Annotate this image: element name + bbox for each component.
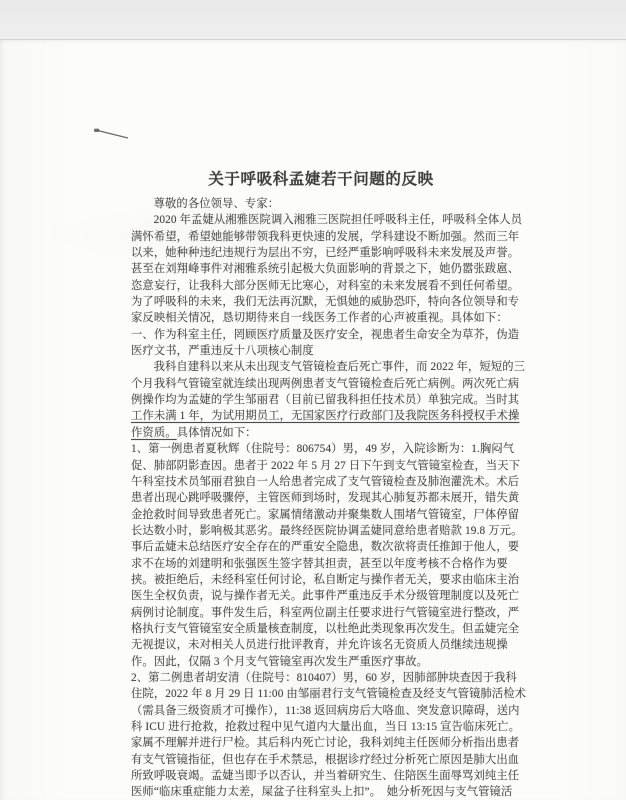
document-line: 尊敬的各位领导、专家： (131, 196, 513, 212)
document-line: 住院，2022 年 8 月 29 日 11:00 由邹丽君行支气管镜检查及经支气… (131, 686, 513, 702)
text-run: 满怀希望，希望她能够带领我科更快速的发展，学科建设不断加强。然而三年 (131, 231, 519, 243)
document-line: 医疗文书，严重违反十八项核心制度 (131, 343, 513, 359)
text-run: 家属不理解并进行尸检。其后科内死亡讨论，我科刘纯主任医师分析指出患者 (131, 737, 519, 749)
document-line: 家反映相关情况，恳切期待来自一线医务工作者的心声被重视。具体如下： (131, 310, 513, 326)
text-run: 一、作为科室主任，罔顾医疗质量及医疗安全，视患者生命安全为草芥，伪造 (131, 329, 519, 341)
document-line: 事后孟婕未总结医疗安全存在的严重安全隐患，数次欲将责任推卸于他人，要 (131, 539, 513, 555)
underlined-text-run: 工作未满 1 年，为试用期员工，无国家医疗行政部门及我院医务科授权手术操 (131, 410, 519, 422)
document-line: 病例讨论制度。事件发生后，科室两位副主任要求进行气管镜室进行整改，严 (131, 605, 513, 621)
document-line: 所致呼吸衰竭。孟婕当即予以否认，并当着研究生、住陪医生面辱骂刘纯主任 (131, 768, 513, 784)
text-run: 我科自建科以来从未出现支气管镜检查后死亡事件，而 2022 年，短短的三 (154, 361, 525, 373)
text-run: 病例讨论制度。事件发生后，科室两位副主任要求进行气管镜室进行整改，严 (131, 607, 519, 619)
document-line: 作资质。具体情况如下： (131, 425, 513, 441)
text-run: 具体情况如下： (177, 427, 257, 439)
document-page: 关于呼吸科孟婕若干问题的反映 尊敬的各位领导、专家：2020 年孟婕从湘雅医院调… (0, 40, 626, 800)
document-line: 挟。被拒绝后，未经科室任何讨论，私自断定与操作者无关，要求由临床主治 (131, 572, 513, 588)
document-body: 尊敬的各位领导、专家：2020 年孟婕从湘雅医院调入湘雅三医院担任呼吸科主任，呼… (131, 196, 513, 800)
document-line: 工作未满 1 年，为试用期员工，无国家医疗行政部门及我院医务科授权手术操 (131, 408, 513, 424)
text-run: 医师“临床重症能力太差，屎盆子往科室头上扣”。 她分析死因与支气管镜活 (131, 786, 512, 798)
document-line: （需具备三级资质才可操作），11:38 返回病房后大咯血、突发意识障碍，送内 (131, 703, 513, 719)
text-run: 格执行支气管镜室安全质量核查制度，以杜绝此类现象再次发生。但孟婕完全 (131, 623, 519, 635)
document-line: 无视提议，未对相关人员进行批评教育，并允许该名无资质人员继续违规操 (131, 637, 513, 653)
document-line: 家属不理解并进行尸检。其后科内死亡讨论，我科刘纯主任医师分析指出患者 (131, 735, 513, 751)
text-run: 家反映相关情况，恳切期待来自一线医务工作者的心声被重视。具体如下： (131, 312, 508, 324)
document-line: 作。因此，仅隔 3 个月支气管镜室再次发生严重医疗事故。 (131, 654, 513, 670)
text-run: 无视提议，未对相关人员进行批评教育，并允许该名无资质人员继续违规操 (131, 639, 508, 651)
text-run: 所致呼吸衰竭。孟婕当即予以否认，并当着研究生、住陪医生面辱骂刘纯主任 (131, 770, 519, 782)
underlined-text-run: 作资质。 (131, 427, 177, 439)
document-line: 求不在场的刘建明和张强医生签字替其担责，甚至以年度考核不合格作为要 (131, 556, 513, 572)
document-line: 2020 年孟婕从湘雅医院调入湘雅三医院担任呼吸科主任，呼吸科全体人员 (131, 212, 513, 228)
text-run: 尊敬的各位领导、专家： (154, 198, 280, 210)
document-line: 科 ICU 进行抢救，抢救过程中见气道内大量出血，当日 13:15 宣告临床死亡… (131, 719, 513, 735)
text-run: 科 ICU 进行抢救，抢救过程中见气道内大量出血，当日 13:15 宣告临床死亡… (131, 721, 520, 733)
document-line: 为了呼吸科的未来，我们无法再沉默，无惧她的威胁恐吓，特向各位领导和专 (131, 294, 513, 310)
document-line: 2、第二例患者胡安清（住院号：810407）男，60 岁，因肺部肿块查因于我科 (131, 670, 513, 686)
document-line: 例操作均为孟婕的学生邹丽君（目前已留我科担任技术员）单独完成。当时其 (131, 392, 513, 408)
document-line: 有支气管镜指征，但也存在手术禁忌，根据诊疗经过分析死亡原因是肺大出血 (131, 752, 513, 768)
scanned-document-viewer: 关于呼吸科孟婕若干问题的反映 尊敬的各位领导、专家：2020 年孟婕从湘雅医院调… (0, 0, 626, 800)
text-run: 住院，2022 年 8 月 29 日 11:00 由邹丽君行支气管镜检查及经支气… (131, 688, 526, 700)
text-run: 1、第一例患者夏秋辉（住院号：806754）男，49 岁，入院诊断为：1.胸闷气 (131, 443, 514, 455)
text-run: 金抢救时间导致患者死亡。家属情绪激动并聚集数人围堵气管镜室，尸体停留 (131, 509, 519, 521)
text-run: 个月我科气管镜室就连续出现两例患者支气管镜检查后死亡病例。两次死亡病 (131, 378, 519, 390)
text-run: 甚至在刘翔峰事件对湘雅系统引起极大负面影响的背景之下，她仍嚣张跋扈、 (131, 263, 519, 275)
document-line: 格执行支气管镜室安全质量核查制度，以杜绝此类现象再次发生。但孟婕完全 (131, 621, 513, 637)
text-run: 促、肺部阴影查因。患者于 2022 年 5 月 27 日下午到支气管镜室检查，当… (131, 460, 520, 472)
text-run: 医疗文书，严重违反十八项核心制度 (131, 345, 314, 357)
pen-scribble-mark (93, 126, 133, 141)
scan-top-margin (0, 0, 626, 40)
document-line: 一、作为科室主任，罔顾医疗质量及医疗安全，视患者生命安全为草芥，伪造 (131, 327, 513, 343)
text-run: 以来，她种种违纪违规行为层出不穷，已经严重影响呼吸科未来发展及声誉。 (131, 247, 519, 259)
text-run: 为了呼吸科的未来，我们无法再沉默，无惧她的威胁恐吓，特向各位领导和专 (131, 296, 519, 308)
document-line: 恣意妄行，让我科大部分医师无比寒心，对科室的未来发展看不到任何希望。 (131, 278, 513, 294)
text-run: 午科室技术员邹丽君独自一人给患者完成了支气管镜检查及肺泡灌洗术。术后 (131, 476, 519, 488)
document-line: 我科自建科以来从未出现支气管镜检查后死亡事件，而 2022 年，短短的三 (131, 359, 513, 375)
text-run: 例操作均为孟婕的学生邹丽君（目前已留我科担任技术员）单独完成。当时其 (131, 394, 519, 406)
text-run: 长达数小时，影响极其恶劣。最终经医院协调孟婕同意给患者赔款 19.8 万元。 (131, 525, 522, 537)
document-line: 1、第一例患者夏秋辉（住院号：806754）男，49 岁，入院诊断为：1.胸闷气 (131, 441, 513, 457)
document-line: 医生全权负责，说与操作者无关。此事件严重违反手术分级管理制度以及死亡 (131, 588, 513, 604)
document-line: 甚至在刘翔峰事件对湘雅系统引起极大负面影响的背景之下，她仍嚣张跋扈、 (131, 261, 513, 277)
text-run: 作。因此，仅隔 3 个月支气管镜室再次发生严重医疗事故。 (131, 656, 428, 668)
text-run: 有支气管镜指征，但也存在手术禁忌，根据诊疗经过分析死亡原因是肺大出血 (131, 754, 519, 766)
text-run: 事后孟婕未总结医疗安全存在的严重安全隐患，数次欲将责任推卸于他人，要 (131, 541, 519, 553)
text-run: 挟。被拒绝后，未经科室任何讨论，私自断定与操作者无关，要求由临床主治 (131, 574, 519, 586)
document-line: 医师“临床重症能力太差，屎盆子往科室头上扣”。 她分析死因与支气管镜活 (131, 784, 513, 800)
document-line: 长达数小时，影响极其恶劣。最终经医院协调孟婕同意给患者赔款 19.8 万元。 (131, 523, 513, 539)
text-run: 求不在场的刘建明和张强医生签字替其担责，甚至以年度考核不合格作为要 (131, 558, 508, 570)
document-line: 满怀希望，希望她能够带领我科更快速的发展，学科建设不断加强。然而三年 (131, 229, 513, 245)
document-line: 以来，她种种违纪违规行为层出不穷，已经严重影响呼吸科未来发展及声誉。 (131, 245, 513, 261)
document-line: 金抢救时间导致患者死亡。家属情绪激动并聚集数人围堵气管镜室，尸体停留 (131, 507, 513, 523)
document-line: 患者出现心跳呼吸骤停，主管医师到场时，发现其心肺复苏都未展开，错失黄 (131, 490, 513, 506)
text-run: 2、第二例患者胡安清（住院号：810407）男，60 岁，因肺部肿块查因于我科 (131, 672, 517, 684)
text-run: 医生全权负责，说与操作者无关。此事件严重违反手术分级管理制度以及死亡 (131, 590, 519, 602)
document-line: 个月我科气管镜室就连续出现两例患者支气管镜检查后死亡病例。两次死亡病 (131, 376, 513, 392)
text-run: （需具备三级资质才可操作），11:38 返回病房后大咯血、突发意识障碍，送内 (131, 705, 520, 717)
text-run: 恣意妄行，让我科大部分医师无比寒心，对科室的未来发展看不到任何希望。 (131, 280, 519, 292)
document-line: 午科室技术员邹丽君独自一人给患者完成了支气管镜检查及肺泡灌洗术。术后 (131, 474, 513, 490)
document-title: 关于呼吸科孟婕若干问题的反映 (131, 167, 511, 189)
document-line: 促、肺部阴影查因。患者于 2022 年 5 月 27 日下午到支气管镜室检查，当… (131, 458, 513, 474)
text-run: 2020 年孟婕从湘雅医院调入湘雅三医院担任呼吸科主任，呼吸科全体人员 (154, 214, 523, 226)
text-run: 患者出现心跳呼吸骤停，主管医师到场时，发现其心肺复苏都未展开，错失黄 (131, 492, 519, 504)
